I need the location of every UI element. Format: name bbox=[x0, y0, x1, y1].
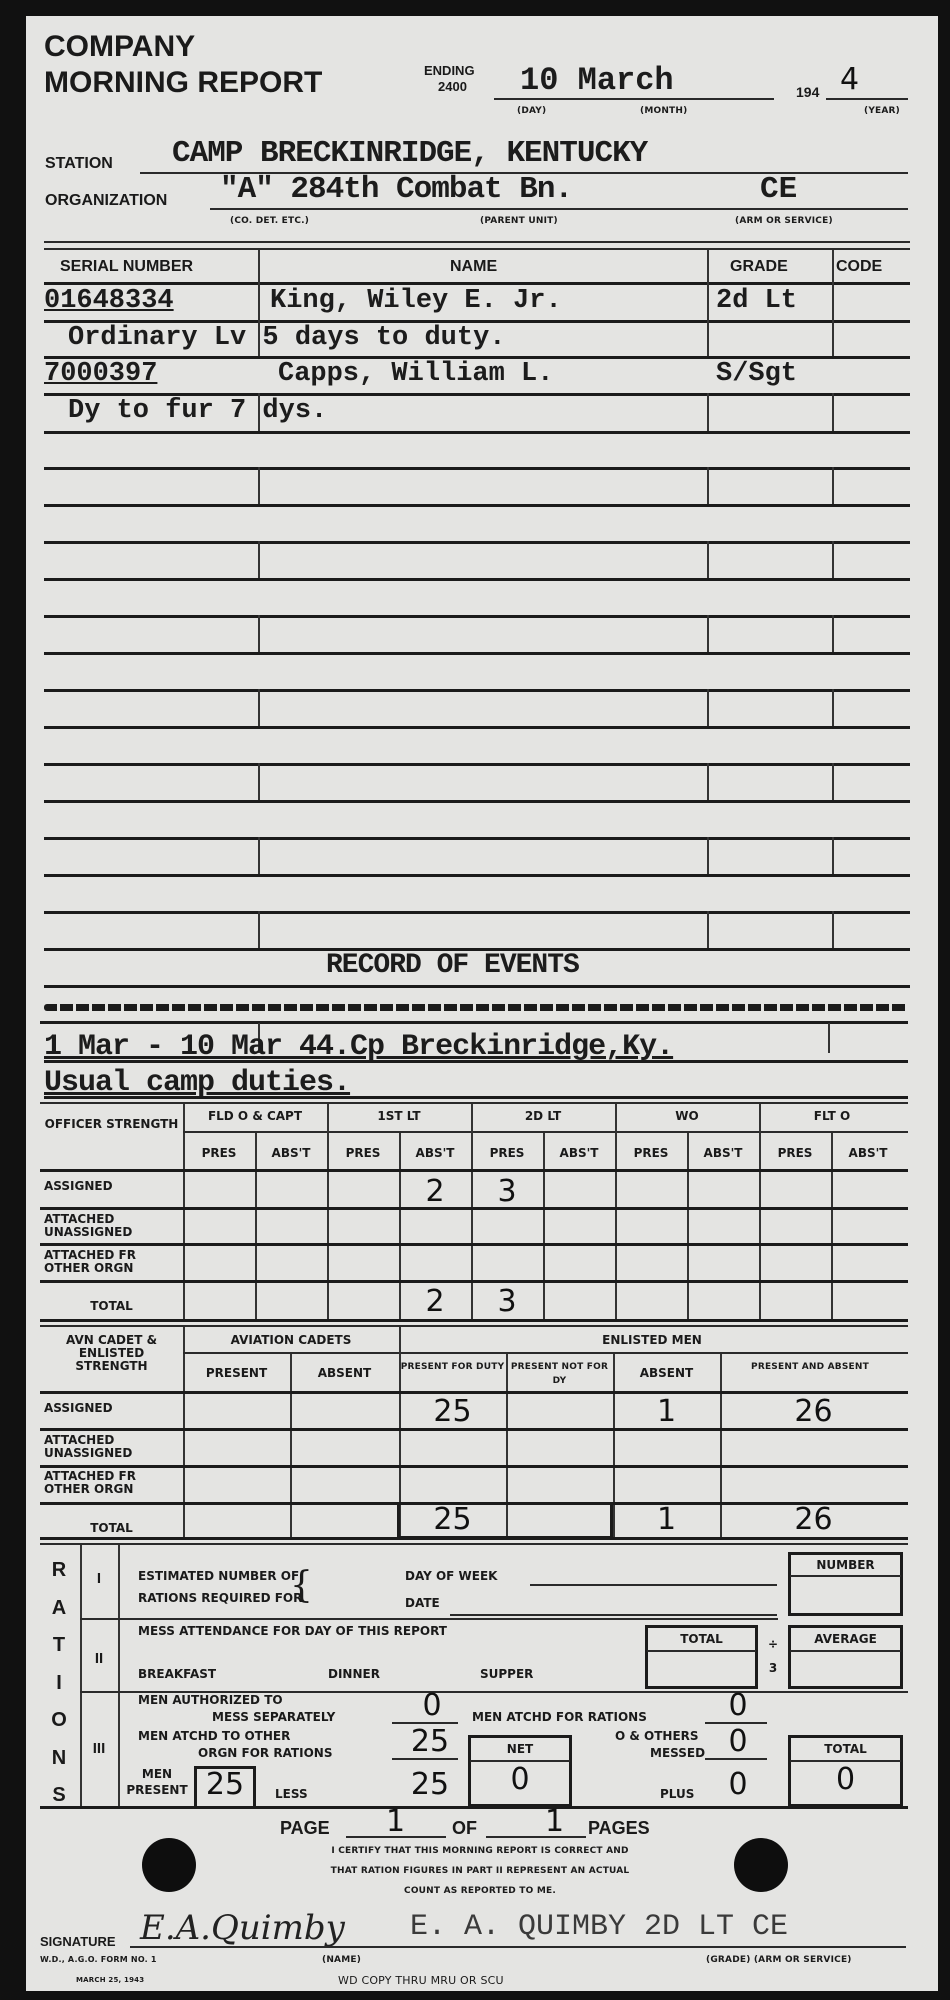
rule bbox=[40, 1169, 908, 1172]
table-top-rule bbox=[44, 241, 910, 243]
rule bbox=[44, 800, 910, 803]
officer-assigned-1st-lt-abst[interactable]: 2 bbox=[399, 1174, 471, 1209]
officer-assigned-2d-lt-pres[interactable]: 3 bbox=[471, 1174, 543, 1209]
sub-pres: PRES bbox=[327, 1147, 399, 1160]
rule bbox=[44, 1060, 908, 1063]
men-present-label-1: MEN bbox=[122, 1768, 192, 1781]
group-wo: WO bbox=[615, 1110, 759, 1123]
month-caption: (MONTH) bbox=[640, 106, 687, 116]
of-label: OF bbox=[452, 1818, 477, 1839]
rule bbox=[790, 1575, 901, 1577]
col-divider bbox=[258, 615, 260, 652]
col-divider bbox=[832, 250, 834, 356]
sub-cadets-absent: ABSENT bbox=[290, 1367, 399, 1380]
rule bbox=[44, 726, 910, 729]
letter: O bbox=[44, 1702, 74, 1740]
col-divider bbox=[707, 393, 709, 431]
arm-service-caption: (ARM OR SERVICE) bbox=[735, 216, 833, 226]
rule bbox=[44, 578, 910, 581]
enlisted-assigned-present-for-duty[interactable]: 25 bbox=[399, 1394, 506, 1429]
sub-enlisted-absent: ABSENT bbox=[613, 1367, 720, 1380]
mess-attendance-label: MESS ATTENDANCE FOR DAY OF THIS REPORT bbox=[138, 1625, 447, 1638]
events-line-1[interactable]: 1 Mar - 10 Mar 44.Cp Breckinridge,Ky. bbox=[44, 1030, 673, 1064]
year-underline bbox=[826, 98, 908, 100]
officer-total-2d-lt-pres[interactable]: 3 bbox=[471, 1284, 543, 1319]
rule bbox=[40, 1806, 908, 1809]
col-divider bbox=[832, 467, 834, 504]
letter: T bbox=[44, 1627, 74, 1665]
entry-2-name[interactable]: Capps, William L. bbox=[278, 359, 553, 389]
rule bbox=[44, 911, 910, 914]
col-divider bbox=[707, 467, 709, 504]
part-i-label-2: RATIONS REQUIRED FOR bbox=[138, 1592, 302, 1605]
sub-pres: PRES bbox=[615, 1147, 687, 1160]
col-divider bbox=[258, 689, 260, 726]
col-divider bbox=[258, 763, 260, 800]
rule bbox=[40, 1543, 908, 1545]
events-line-2[interactable]: Usual camp duties. bbox=[44, 1066, 350, 1100]
sub-pres: PRES bbox=[183, 1147, 255, 1160]
col-divider bbox=[258, 837, 260, 874]
group-flt-o: FLT O bbox=[759, 1110, 905, 1123]
part-i-numeral: I bbox=[80, 1570, 118, 1587]
supper-label: SUPPER bbox=[480, 1668, 533, 1681]
signature-label: SIGNATURE bbox=[40, 1934, 116, 1949]
year-prefix: 194 bbox=[796, 84, 819, 100]
row-label-attached-unassigned: ATTACHED UNASSIGNED bbox=[44, 1434, 164, 1460]
col-divider bbox=[828, 1023, 830, 1053]
station-label: STATION bbox=[45, 155, 113, 173]
rule bbox=[80, 1618, 778, 1620]
rule bbox=[44, 467, 910, 470]
col-divider bbox=[832, 615, 834, 652]
plus-value[interactable]: 0 bbox=[718, 1767, 758, 1802]
binder-hole-left bbox=[142, 1838, 196, 1892]
col-divider bbox=[832, 541, 834, 578]
part-ii-numeral: II bbox=[80, 1650, 118, 1667]
col-divider bbox=[707, 689, 709, 726]
letter: R bbox=[44, 1552, 74, 1590]
rations-side-label: R A T I O N S bbox=[44, 1552, 74, 1815]
day-of-week-label: DAY OF WEEK bbox=[405, 1570, 497, 1583]
men-present-value[interactable]: 25 bbox=[194, 1767, 256, 1802]
col-divider bbox=[615, 1104, 617, 1322]
rule bbox=[40, 1021, 908, 1024]
arm-service-value[interactable]: CE bbox=[760, 172, 797, 207]
sub-abst: ABS'T bbox=[831, 1147, 905, 1160]
mess-total-label: TOTAL bbox=[645, 1633, 758, 1646]
rule bbox=[44, 763, 910, 766]
col-divider bbox=[543, 1133, 545, 1322]
rule bbox=[44, 837, 910, 840]
rule bbox=[40, 1207, 908, 1210]
rule bbox=[40, 1325, 908, 1327]
rule bbox=[183, 1131, 908, 1133]
rule bbox=[40, 1465, 908, 1468]
rule bbox=[44, 985, 910, 988]
day-caption: (DAY) bbox=[517, 106, 546, 116]
col-divider bbox=[258, 541, 260, 578]
entry-2-remark[interactable]: Dy to fur 7 dys. bbox=[68, 396, 327, 426]
ending-label: ENDING bbox=[424, 64, 475, 78]
col-divider bbox=[832, 689, 834, 726]
others-messed-label-2: MESSED bbox=[650, 1747, 705, 1760]
copy-note: WD COPY THRU MRU OR SCU bbox=[338, 1974, 504, 1987]
less-label: LESS bbox=[275, 1788, 308, 1801]
col-divider bbox=[707, 615, 709, 652]
col-header-grade: GRADE bbox=[730, 258, 788, 276]
year-value[interactable]: 4 bbox=[840, 62, 859, 97]
organization-label: ORGANIZATION bbox=[45, 192, 167, 210]
letter: A bbox=[44, 1590, 74, 1628]
entry-2-serial[interactable]: 7000397 bbox=[44, 359, 157, 389]
col-divider bbox=[831, 1133, 833, 1322]
col-divider bbox=[327, 1104, 329, 1322]
enlisted-assigned-present-and-absent[interactable]: 26 bbox=[760, 1394, 867, 1429]
parent-unit-caption: (PARENT UNIT) bbox=[480, 216, 558, 226]
enlisted-total-present-and-absent[interactable]: 26 bbox=[760, 1502, 867, 1537]
col-divider bbox=[707, 541, 709, 578]
sub-present-for-duty: PRESENT FOR DUTY bbox=[399, 1360, 506, 1374]
sub-pres: PRES bbox=[759, 1147, 831, 1160]
col-divider bbox=[832, 393, 834, 431]
entry-1-grade[interactable]: 2d Lt bbox=[716, 286, 797, 316]
men-atchd-other-label-2: ORGN FOR RATIONS bbox=[198, 1747, 332, 1760]
col-divider bbox=[258, 911, 260, 948]
rule bbox=[44, 282, 910, 285]
officer-strength-label: OFFICER STRENGTH bbox=[44, 1118, 179, 1131]
col-divider bbox=[707, 763, 709, 800]
men-authorized-label-2: MESS SEPARATELY bbox=[212, 1711, 335, 1724]
row-label-total: TOTAL bbox=[44, 1522, 179, 1535]
record-of-events-title: RECORD OF EVENTS bbox=[326, 950, 579, 981]
rule bbox=[40, 1280, 908, 1283]
entry-1-remark[interactable]: Ordinary Lv 5 days to duty. bbox=[68, 323, 505, 353]
dotted-separator bbox=[44, 1004, 908, 1011]
col-divider bbox=[832, 911, 834, 948]
part-i-label-1: ESTIMATED NUMBER OF bbox=[138, 1570, 299, 1583]
col-divider bbox=[707, 837, 709, 874]
rule bbox=[44, 431, 910, 434]
rations-total-value[interactable]: 0 bbox=[788, 1762, 903, 1797]
plus-label: PLUS bbox=[660, 1788, 694, 1801]
enlisted-strength-label: AVN CADET & ENLISTED STRENGTH bbox=[44, 1334, 179, 1373]
part-iii-numeral: III bbox=[80, 1740, 118, 1757]
col-divider bbox=[118, 1545, 120, 1807]
entry-1-name[interactable]: King, Wiley E. Jr. bbox=[270, 286, 562, 316]
less-value[interactable]: 25 bbox=[400, 1767, 460, 1802]
pages-label: PAGES bbox=[588, 1818, 650, 1839]
sub-present-not-for-dy: PRESENT NOT FOR DY bbox=[506, 1360, 613, 1388]
average-label: AVERAGE bbox=[788, 1633, 903, 1646]
name-caption: (NAME) bbox=[322, 1955, 361, 1965]
sub-abst: ABS'T bbox=[399, 1147, 471, 1160]
row-label-attached-unassigned: ATTACHED UNASSIGNED bbox=[44, 1213, 164, 1239]
col-divider bbox=[832, 763, 834, 800]
signature-script[interactable]: E.A.Quimby bbox=[140, 1908, 345, 1948]
page-value[interactable]: 1 bbox=[386, 1804, 405, 1839]
rule bbox=[486, 1836, 586, 1838]
signature-line bbox=[130, 1946, 906, 1948]
group-aviation-cadets: AVIATION CADETS bbox=[183, 1334, 399, 1347]
date-value[interactable]: 10 March bbox=[520, 62, 674, 99]
table-top-rule-2 bbox=[44, 248, 910, 250]
row-label-attached-fr-other: ATTACHED FR OTHER ORGN bbox=[44, 1249, 164, 1275]
divisor: 3 bbox=[758, 1662, 788, 1675]
rule bbox=[40, 1319, 908, 1322]
group-2d-lt: 2D LT bbox=[471, 1110, 615, 1123]
rule bbox=[44, 652, 910, 655]
ending-time-label: 2400 bbox=[438, 80, 467, 94]
rule bbox=[647, 1650, 756, 1652]
men-authorized-label-1: MEN AUTHORIZED TO bbox=[138, 1694, 283, 1707]
form-number: W.D., A.G.O. FORM NO. 1 bbox=[40, 1955, 157, 1964]
sub-cadets-present: PRESENT bbox=[183, 1367, 290, 1380]
rule bbox=[44, 541, 910, 544]
net-value[interactable]: 0 bbox=[468, 1762, 572, 1797]
form-title-line2: MORNING REPORT bbox=[44, 66, 322, 100]
men-atchd-other-label-1: MEN ATCHD TO OTHER bbox=[138, 1730, 290, 1743]
col-divider bbox=[255, 1133, 257, 1322]
brace-icon: { bbox=[290, 1566, 313, 1606]
form-date: MARCH 25, 1943 bbox=[76, 1976, 144, 1984]
certify-line-1: I CERTIFY THAT THIS MORNING REPORT IS CO… bbox=[220, 1846, 740, 1856]
group-enlisted-men: ENLISTED MEN bbox=[399, 1334, 905, 1347]
col-divider bbox=[759, 1104, 761, 1322]
organization-underline bbox=[210, 208, 908, 210]
men-atchd-for-rations-value[interactable]: 0 bbox=[718, 1688, 758, 1723]
col-divider bbox=[258, 467, 260, 504]
co-det-caption: (CO. DET. ETC.) bbox=[230, 216, 309, 226]
dinner-label: DINNER bbox=[328, 1668, 380, 1681]
rule bbox=[44, 615, 910, 618]
sub-abst: ABS'T bbox=[255, 1147, 327, 1160]
rule bbox=[40, 1428, 908, 1431]
number-label: NUMBER bbox=[788, 1559, 903, 1572]
col-header-name: NAME bbox=[450, 258, 497, 276]
entry-1-serial[interactable]: 01648334 bbox=[44, 286, 174, 316]
entry-2-grade[interactable]: S/Sgt bbox=[716, 359, 797, 389]
rule bbox=[44, 689, 910, 692]
binder-hole-right bbox=[734, 1838, 788, 1892]
date-line bbox=[450, 1614, 777, 1616]
col-divider bbox=[183, 1327, 185, 1537]
rations-total-label: TOTAL bbox=[788, 1743, 903, 1756]
rule bbox=[40, 1537, 908, 1540]
year-caption: (YEAR) bbox=[864, 106, 900, 116]
certify-line-3: COUNT AS REPORTED TO ME. bbox=[220, 1886, 740, 1896]
enlisted-total-present-for-duty[interactable]: 25 bbox=[399, 1502, 506, 1537]
men-authorized-value[interactable]: 0 bbox=[412, 1688, 452, 1723]
pages-value[interactable]: 1 bbox=[545, 1804, 564, 1839]
col-divider bbox=[183, 1104, 185, 1322]
grade-caption: (GRADE) (ARM OR SERVICE) bbox=[706, 1955, 852, 1965]
letter: N bbox=[44, 1740, 74, 1778]
col-header-serial: SERIAL NUMBER bbox=[60, 258, 193, 276]
sub-present-and-absent: PRESENT AND ABSENT bbox=[740, 1360, 880, 1374]
rule bbox=[40, 1243, 908, 1246]
date-label: DATE bbox=[405, 1597, 440, 1610]
letter: I bbox=[44, 1665, 74, 1703]
col-divider bbox=[707, 250, 709, 356]
row-label-attached-fr-other: ATTACHED FR OTHER ORGN bbox=[44, 1470, 164, 1496]
officer-total-1st-lt-abst[interactable]: 2 bbox=[399, 1284, 471, 1319]
form-title-line1: COMPANY bbox=[44, 30, 195, 64]
sub-abst: ABS'T bbox=[543, 1147, 615, 1160]
breakfast-label: BREAKFAST bbox=[138, 1668, 216, 1681]
rule bbox=[44, 504, 910, 507]
enlisted-assigned-absent[interactable]: 1 bbox=[613, 1394, 720, 1429]
net-label: NET bbox=[468, 1743, 572, 1756]
col-divider bbox=[707, 911, 709, 948]
organization-value[interactable]: "A" 284th Combat Bn. bbox=[220, 172, 572, 207]
col-divider bbox=[720, 1354, 722, 1537]
sub-pres: PRES bbox=[471, 1147, 543, 1160]
group-fld-o-capt: FLD O & CAPT bbox=[183, 1110, 327, 1123]
men-atchd-for-rations-label: MEN ATCHD FOR RATIONS bbox=[472, 1711, 647, 1724]
sub-abst: ABS'T bbox=[687, 1147, 759, 1160]
row-label-assigned: ASSIGNED bbox=[44, 1180, 113, 1193]
others-messed-value[interactable]: 0 bbox=[718, 1724, 758, 1759]
row-label-total: TOTAL bbox=[44, 1300, 179, 1313]
rule bbox=[44, 1096, 908, 1099]
rule bbox=[183, 1352, 908, 1354]
group-1st-lt: 1ST LT bbox=[327, 1110, 471, 1123]
col-divider bbox=[832, 837, 834, 874]
others-messed-label-1: O & OTHERS bbox=[615, 1730, 699, 1743]
certify-line-2: THAT RATION FIGURES IN PART II REPRESENT… bbox=[220, 1866, 740, 1876]
col-divider bbox=[687, 1133, 689, 1322]
divide-icon: ÷ bbox=[758, 1638, 788, 1651]
rule bbox=[44, 874, 910, 877]
station-value[interactable]: CAMP BRECKINRIDGE, KENTUCKY bbox=[172, 136, 647, 171]
col-header-code: CODE bbox=[836, 258, 882, 276]
signer-typed-name[interactable]: E. A. QUIMBY 2D LT CE bbox=[410, 1910, 788, 1944]
day-of-week-line bbox=[530, 1584, 777, 1586]
row-label-assigned: ASSIGNED bbox=[44, 1402, 113, 1415]
page-label: PAGE bbox=[280, 1818, 330, 1839]
men-present-label-2: PRESENT bbox=[122, 1784, 192, 1797]
rule bbox=[40, 1102, 908, 1104]
enlisted-total-absent[interactable]: 1 bbox=[613, 1502, 720, 1537]
rule bbox=[790, 1650, 901, 1652]
col-divider bbox=[290, 1354, 292, 1537]
men-atchd-other-value[interactable]: 25 bbox=[400, 1724, 460, 1759]
